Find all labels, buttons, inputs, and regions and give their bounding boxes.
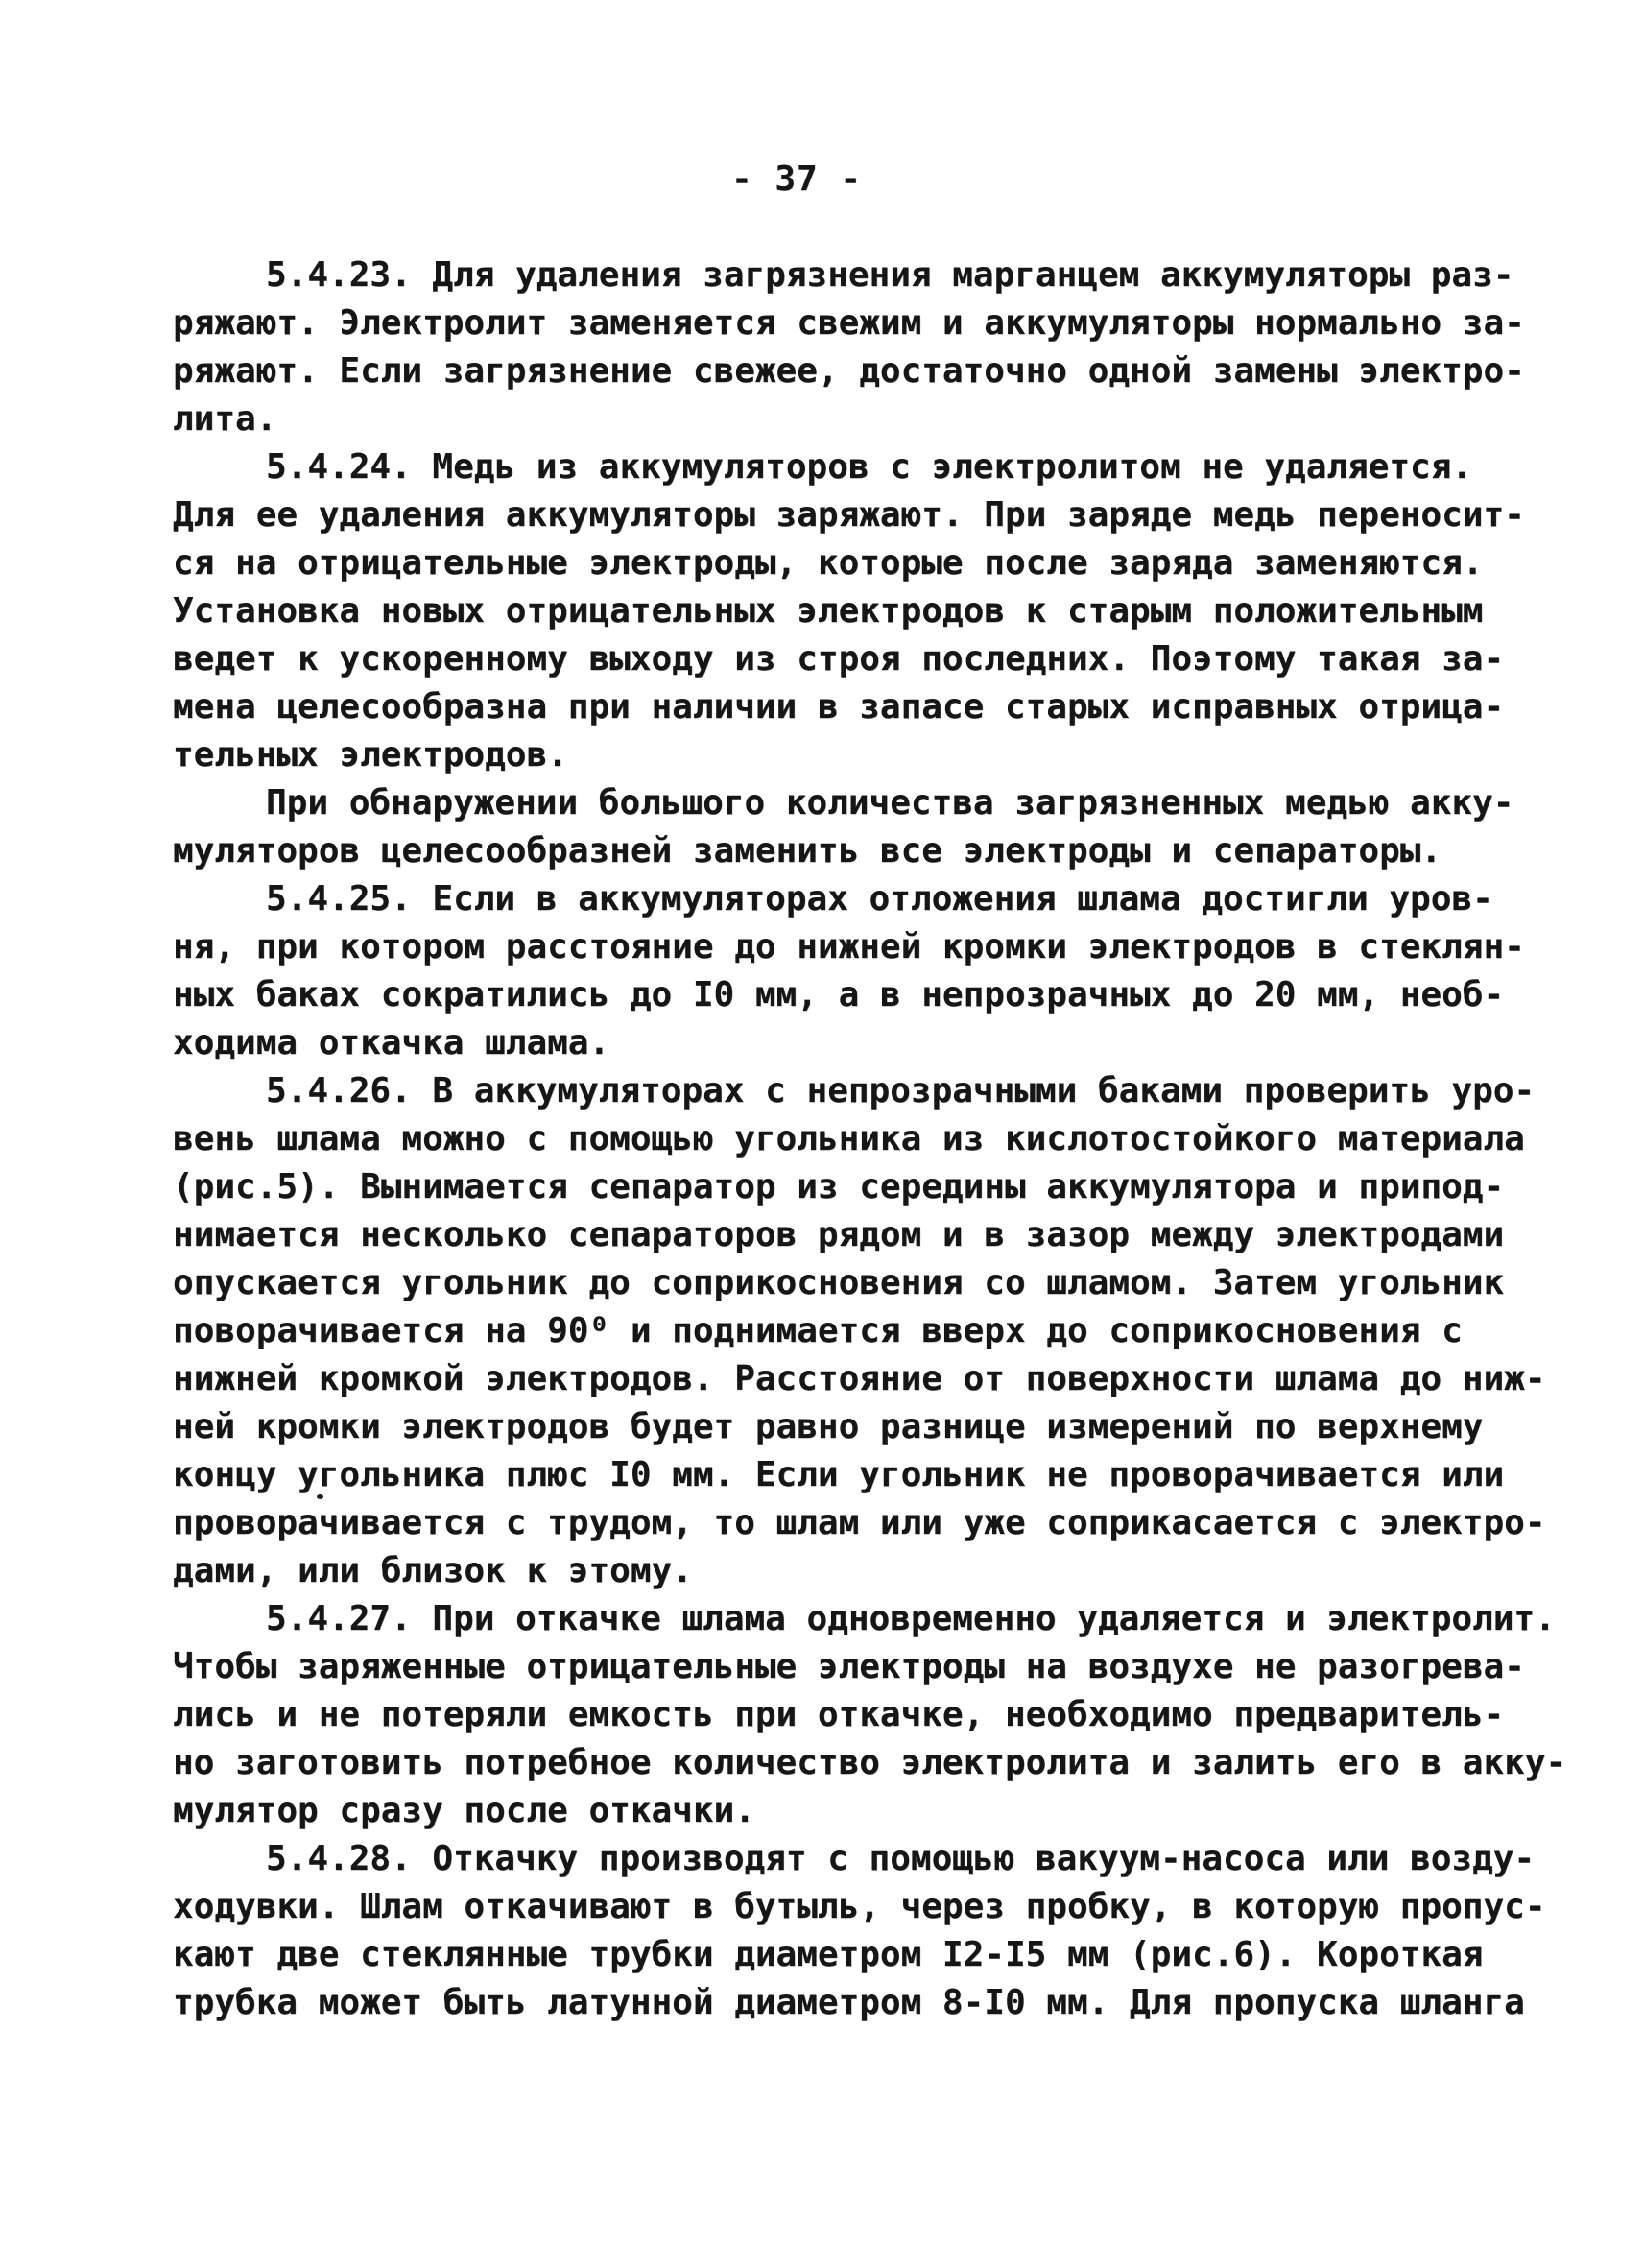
text-line: При обнаружении большого количества загр… [173, 779, 1574, 827]
text-line: мулятор сразу после откачки. [173, 1787, 1574, 1835]
text-line: но заготовить потребное количество элект… [173, 1739, 1574, 1787]
text-line: муляторов целесообразней заменить все эл… [173, 827, 1574, 875]
paragraph: 5.4.26. В аккумуляторах с непрозрачными … [173, 1067, 1574, 1595]
text-line: 5.4.25. Если в аккумуляторах отложения ш… [173, 875, 1574, 923]
text-line: Установка новых отрицательных электродов… [173, 587, 1574, 635]
scan-speck [317, 1494, 323, 1499]
paragraph: 5.4.23. Для удаления загрязнения марганц… [173, 251, 1574, 443]
text-line: 5.4.28. Откачку производят с помощью вак… [173, 1835, 1574, 1883]
text-line: ных баках сократились до I0 мм, а в непр… [173, 971, 1574, 1019]
text-line: ся на отрицательные электроды, которые п… [173, 539, 1574, 587]
text-line: Для ее удаления аккумуляторы заряжают. П… [173, 491, 1574, 539]
text-line: 5.4.27. При откачке шлама одновременно у… [173, 1595, 1574, 1643]
page-number: - 37 - [731, 159, 862, 199]
text-line: проворачивается с трудом, то шлам или уж… [173, 1499, 1574, 1547]
scan-speck [237, 1139, 243, 1144]
text-line: 5.4.23. Для удаления загрязнения марганц… [173, 251, 1574, 299]
text-line: дами, или близок к этому. [173, 1547, 1574, 1595]
text-line: нимается несколько сепараторов рядом и в… [173, 1211, 1574, 1259]
text-line: 5.4.26. В аккумуляторах с непрозрачными … [173, 1067, 1574, 1115]
text-line: (рис.5). Вынимается сепаратор из середин… [173, 1163, 1574, 1211]
text-line: Чтобы заряженные отрицательные электроды… [173, 1643, 1574, 1691]
text-line: ней кромки электродов будет равно разниц… [173, 1403, 1574, 1451]
text-line: лись и не потеряли емкость при откачке, … [173, 1691, 1574, 1739]
text-line: тельных электродов. [173, 731, 1574, 779]
text-line: ня, при котором расстояние до нижней кро… [173, 923, 1574, 971]
paragraph: 5.4.25. Если в аккумуляторах отложения ш… [173, 875, 1574, 1067]
text-line: кают две стеклянные трубки диаметром I2-… [173, 1931, 1574, 1979]
paragraph: При обнаружении большого количества загр… [173, 779, 1574, 875]
text-line: мена целесообразна при наличии в запасе … [173, 683, 1574, 731]
document-page: - 37 - 5.4.23. Для удаления загрязнения … [0, 0, 1644, 2268]
text-line: концу угольника плюс I0 мм. Если угольни… [173, 1451, 1574, 1499]
text-line: опускается угольник до соприкосновения с… [173, 1259, 1574, 1307]
text-line: ряжают. Электролит заменяется свежим и а… [173, 299, 1574, 347]
text-line: ходима откачка шлама. [173, 1019, 1574, 1067]
text-line: вень шлама можно с помощью угольника из … [173, 1115, 1574, 1163]
text-line: ведет к ускоренному выходу из строя посл… [173, 635, 1574, 683]
text-line: трубка может быть латунной диаметром 8-I… [173, 1979, 1574, 2027]
text-line: нижней кромкой электродов. Расстояние от… [173, 1355, 1574, 1403]
text-line: ряжают. Если загрязнение свежее, достато… [173, 347, 1574, 395]
paragraph: 5.4.24. Медь из аккумуляторов с электрол… [173, 443, 1574, 779]
paragraph: 5.4.27. При откачке шлама одновременно у… [173, 1595, 1574, 1835]
paragraph: 5.4.28. Откачку производят с помощью вак… [173, 1835, 1574, 2027]
text-line: 5.4.24. Медь из аккумуляторов с электрол… [173, 443, 1574, 491]
text-line: лита. [173, 395, 1574, 443]
text-line: ходувки. Шлам откачивают в бутыль, через… [173, 1883, 1574, 1931]
page-text: 5.4.23. Для удаления загрязнения марганц… [173, 251, 1574, 2027]
text-line: поворачивается на 90⁰ и поднимается ввер… [173, 1307, 1574, 1355]
